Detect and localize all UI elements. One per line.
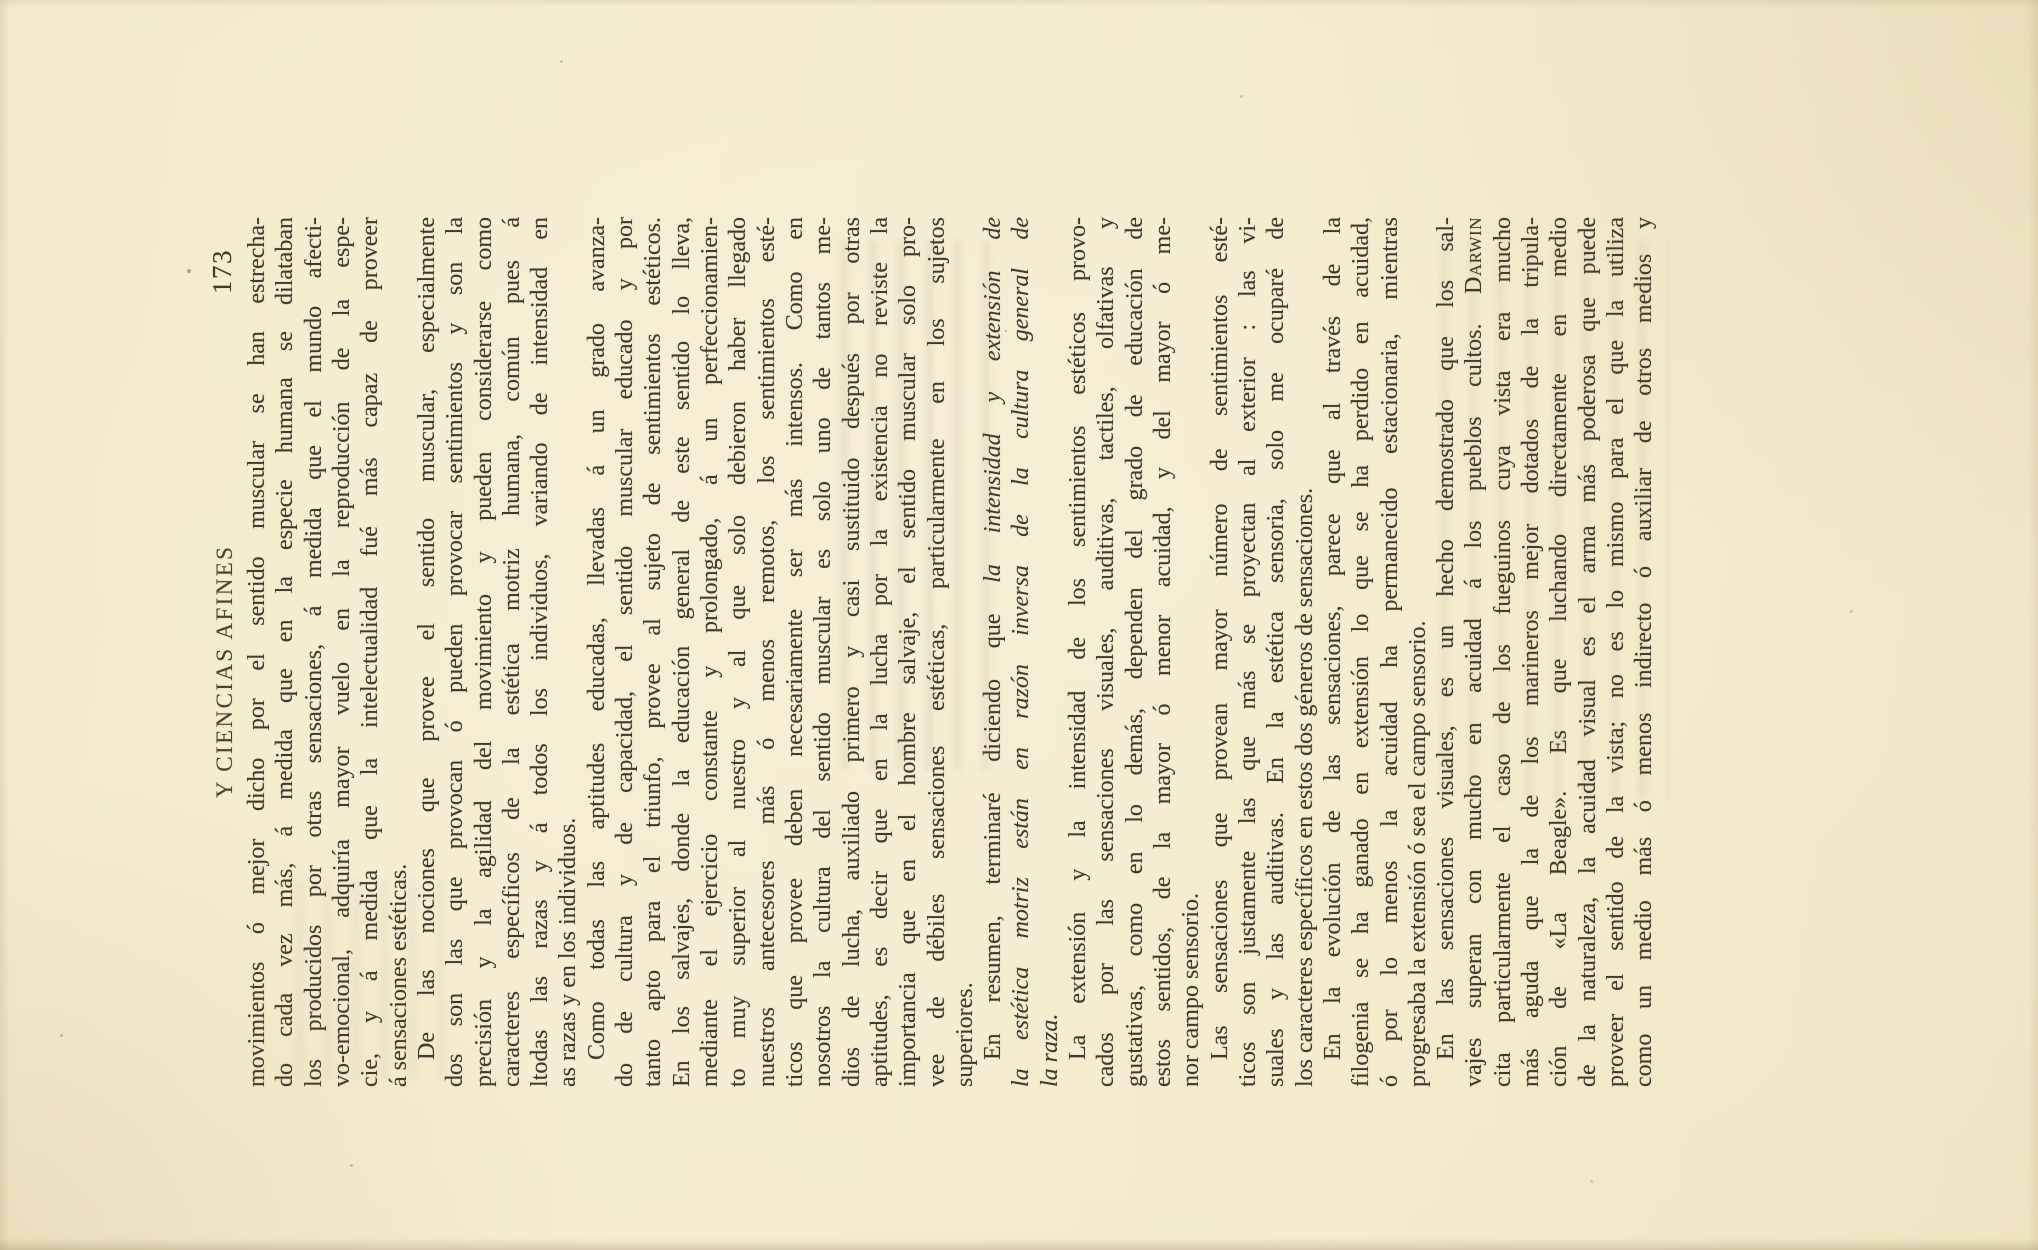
body-text: suales y las auditivas. En la estética s…	[1263, 217, 1289, 1087]
body-text: do de cultura y de capacidad, el sentido…	[612, 217, 638, 1087]
body-text: superiores.	[952, 982, 978, 1087]
body-text: nosotros la cultura del sentido muscular…	[810, 217, 836, 1087]
text-line: á sensaciones estéticas.	[385, 217, 413, 1087]
text-line: vo-emocional, adquiría mayor vuelo en la…	[328, 217, 356, 1087]
text-line: nor campo sensorio.	[1177, 217, 1205, 1087]
text-line: La extensión y la intensidad de los sent…	[1064, 217, 1092, 1087]
text-line: Como todas las aptitudes educadas, lleva…	[583, 217, 611, 1087]
body-text: cados por las sensaciones visuales, audi…	[1093, 217, 1119, 1087]
text-line: caracteres específicos de la estética mo…	[498, 217, 526, 1087]
body-text: ticos que provee deben necesariamente se…	[782, 217, 808, 1087]
body-text: á sensaciones estéticas.	[386, 864, 412, 1087]
body-text: De las nociones que provee el sentido mu…	[414, 217, 440, 1060]
body-text: los producidos por otras sensaciones, á …	[301, 217, 327, 1087]
body-text: as razas y en los individuos.	[555, 818, 581, 1087]
body-text: Como todas las aptitudes educadas, lleva…	[584, 217, 610, 1060]
text-line: ltodas las razas y á todos los individuo…	[526, 217, 554, 1087]
body-text: los caracteres específicos en estos dos …	[1292, 488, 1318, 1087]
body-text: ción de «La Beagle». Es que luchando dir…	[1546, 217, 1572, 1087]
body-text: dios de lucha, auxiliado primero y casi …	[839, 217, 865, 1087]
text-line: precisión y la agilidad del movimiento y…	[470, 217, 498, 1087]
page-sheet-rotated: Y CIENCIAS AFINES 173 movimientos ó mejo…	[0, 0, 2038, 1250]
text-line: filogenia se ha ganado en extensión lo q…	[1347, 217, 1375, 1087]
text-line: la estética motriz están en razón invers…	[1007, 217, 1035, 1087]
text-line: ción de «La Beagle». Es que luchando dir…	[1545, 217, 1573, 1087]
text-line: ticos son justamente las que más se proy…	[1234, 217, 1262, 1087]
body-text: estos sentidos, de la mayor ó menor acui…	[1150, 217, 1176, 1087]
text-line: vee de débiles sensaciones estéticas, pa…	[923, 217, 951, 1087]
body-text: vo-emocional, adquiría mayor vuelo en la…	[329, 217, 355, 1087]
body-text: caracteres específicos de la estética mo…	[499, 217, 525, 1087]
text-line: En resumen, terminaré diciendo que la in…	[979, 217, 1007, 1087]
text-line: progresaba la extensión ó sea el campo s…	[1404, 217, 1432, 1087]
body-text: do cada vez más, á medida que en la espe…	[272, 217, 298, 1087]
text-line: la raza.	[1036, 217, 1064, 1087]
text-line: aptitudes, es decir que en la lucha por …	[866, 217, 894, 1087]
body-text: En la evolución de las sensaciones, pare…	[1320, 217, 1346, 1060]
italic-text: la intensidad y extensión de	[980, 217, 1006, 583]
text-line: mediante el ejercicio constante y prolon…	[696, 217, 724, 1087]
text-line: ó por lo menos la acuidad ha permanecido…	[1376, 217, 1404, 1087]
text-line: De las nociones que provee el sentido mu…	[413, 217, 441, 1087]
body-text: Las sensaciones que provean mayor número…	[1207, 217, 1233, 1060]
body-text: precisión y la agilidad del movimiento y…	[471, 217, 497, 1087]
text-line: tanto apto para el triunfo, provee al su…	[639, 217, 667, 1087]
body-text: mediante el ejercicio constante y prolon…	[697, 217, 723, 1087]
body-text: nuestros antecesores más ó menos remotos…	[754, 217, 780, 1087]
body-text: aptitudes, es decir que en la lucha por …	[867, 217, 893, 1087]
body-text: En los salvajes, donde la educación gene…	[669, 217, 695, 1087]
body-text: En resumen, terminaré diciendo que	[980, 583, 1006, 1060]
body-text: to muy superior al nuestro y al que solo…	[725, 217, 751, 1087]
text-line: do cada vez más, á medida que en la espe…	[271, 217, 299, 1087]
italic-text: la estética motriz están en razón invers…	[1008, 217, 1034, 1087]
body-text: gustativas, como en lo demás, dependen d…	[1122, 217, 1148, 1087]
body-text: ticos son justamente las que más se proy…	[1235, 217, 1261, 1087]
text-line: suales y las auditivas. En la estética s…	[1262, 217, 1290, 1087]
text-line: importancia que en el hombre salvaje, el…	[894, 217, 922, 1087]
text-line: En los salvajes, donde la educación gene…	[668, 217, 696, 1087]
body-text: más aguda que la de los marineros mejor …	[1518, 217, 1544, 1087]
text-line: vajes superan con mucho en acuidad á los…	[1460, 217, 1488, 1087]
body-text: vajes superan con mucho en acuidad á los…	[1461, 294, 1487, 1087]
smallcaps-name: Darwin	[1461, 217, 1487, 294]
text-line: dios de lucha, auxiliado primero y casi …	[838, 217, 866, 1087]
text-line: movimientos ó mejor dicho por el sentido…	[243, 217, 271, 1087]
text-line: ticos que provee deben necesariamente se…	[781, 217, 809, 1087]
text-line: En las sensaciones visuales, es un hecho…	[1432, 217, 1460, 1087]
text-line: do de cultura y de capacidad, el sentido…	[611, 217, 639, 1087]
text-line: as razas y en los individuos.	[554, 217, 582, 1087]
body-text: dos son las que provocan ó pueden provoc…	[442, 217, 468, 1087]
text-line: cie, y á medida que la intelectualidad f…	[356, 217, 384, 1087]
text-line: gustativas, como en lo demás, dependen d…	[1121, 217, 1149, 1087]
text-line: cita particularmente el caso de los fueg…	[1489, 217, 1517, 1087]
text-line: estos sentidos, de la mayor ó menor acui…	[1149, 217, 1177, 1087]
body-text: cita particularmente el caso de los fueg…	[1490, 217, 1516, 1087]
body-text: vee de débiles sensaciones estéticas, pa…	[924, 217, 950, 1087]
body-text: como un medio más ó menos indirecto ó au…	[1631, 217, 1657, 1087]
body-text: tanto apto para el triunfo, provee al su…	[640, 217, 666, 1087]
text-line: nosotros la cultura del sentido muscular…	[809, 217, 837, 1087]
scanned-page: Y CIENCIAS AFINES 173 movimientos ó mejo…	[0, 0, 2038, 1250]
body-text: progresaba la extensión ó sea el campo s…	[1405, 620, 1431, 1087]
body-text: de la naturaleza, la acuidad visual es e…	[1575, 217, 1601, 1087]
text-line: En la evolución de las sensaciones, pare…	[1319, 217, 1347, 1087]
italic-text: la raza.	[1037, 1014, 1063, 1087]
body-text: La extensión y la intensidad de los sent…	[1065, 217, 1091, 1060]
text-line: cados por las sensaciones visuales, audi…	[1092, 217, 1120, 1087]
body-text: ltodas las razas y á todos los individuo…	[527, 217, 553, 1087]
text-line: los caracteres específicos en estos dos …	[1291, 217, 1319, 1087]
body-text: cie, y á medida que la intelectualidad f…	[357, 217, 383, 1087]
text-line: los producidos por otras sensaciones, á …	[300, 217, 328, 1087]
body-text: importancia que en el hombre salvaje, el…	[895, 217, 921, 1087]
page-number: 173	[207, 249, 238, 294]
body-text: proveer el sentido de la vista; no es lo…	[1603, 217, 1629, 1087]
body-text: filogenia se ha ganado en extensión lo q…	[1348, 217, 1374, 1087]
body-text: ó por lo menos la acuidad ha permanecido…	[1377, 217, 1403, 1087]
text-line: más aguda que la de los marineros mejor …	[1517, 217, 1545, 1087]
body-text: movimientos ó mejor dicho por el sentido…	[244, 217, 270, 1087]
text-block: movimientos ó mejor dicho por el sentido…	[243, 217, 1659, 1087]
text-line: de la naturaleza, la acuidad visual es e…	[1574, 217, 1602, 1087]
text-line: proveer el sentido de la vista; no es lo…	[1602, 217, 1630, 1087]
text-line: to muy superior al nuestro y al que solo…	[724, 217, 752, 1087]
running-title: Y CIENCIAS AFINES	[212, 545, 238, 798]
text-line: nuestros antecesores más ó menos remotos…	[753, 217, 781, 1087]
text-line: superiores.	[951, 217, 979, 1087]
text-line: como un medio más ó menos indirecto ó au…	[1630, 217, 1658, 1087]
body-text: En las sensaciones visuales, es un hecho…	[1433, 217, 1459, 1060]
text-line: dos son las que provocan ó pueden provoc…	[441, 217, 469, 1087]
body-text: nor campo sensorio.	[1178, 893, 1204, 1087]
text-line: Las sensaciones que provean mayor número…	[1206, 217, 1234, 1087]
